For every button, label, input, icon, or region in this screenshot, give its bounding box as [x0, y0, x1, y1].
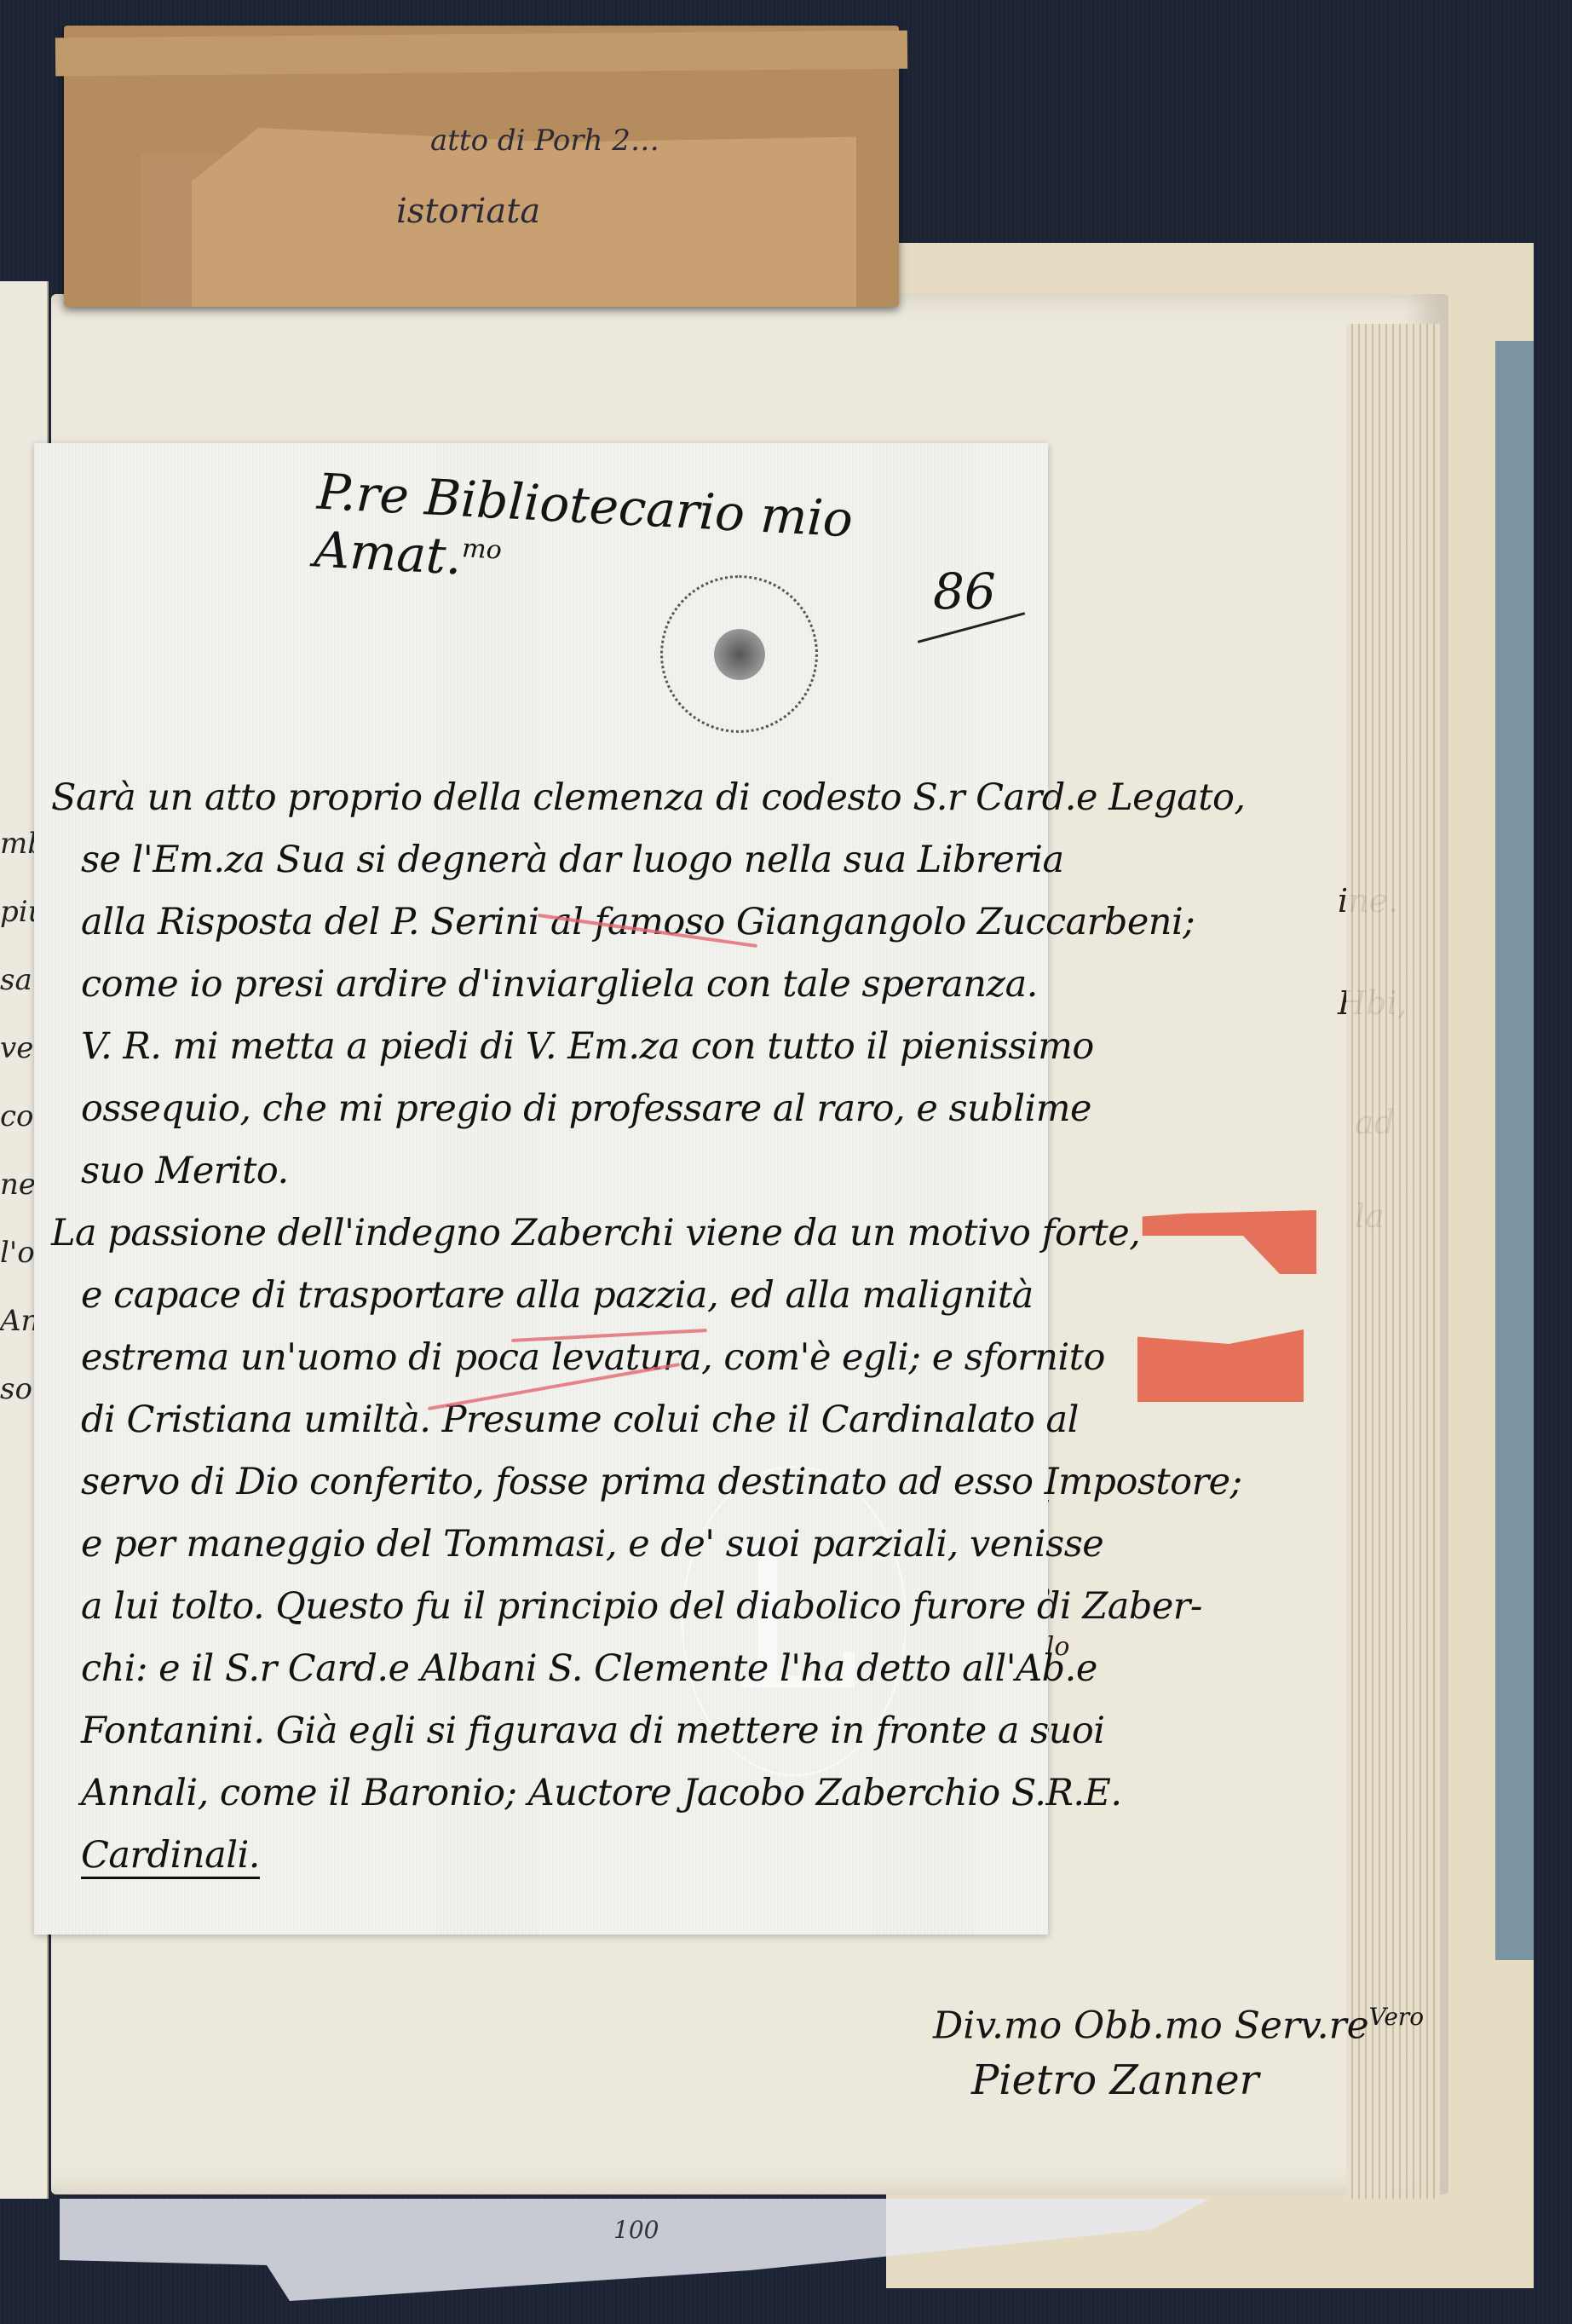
- letter-line: di Cristiana umiltà. Presume colui che i…: [51, 1389, 1031, 1451]
- book-cover-blue-edge: [1495, 341, 1534, 1960]
- letter-line: chi: e il S.r Card.e Albani S. Clemente …: [51, 1638, 1031, 1700]
- envelope-stack: atto di Porh 2… istoriata: [64, 26, 899, 307]
- letter-line-last: Cardinali.: [51, 1825, 1031, 1887]
- letter-line: Annali, come il Baronio; Auctore Jacobo …: [51, 1762, 1031, 1825]
- signature-closing-text: Div.mo Obb.mo Serv.re: [933, 2004, 1369, 2048]
- seal-fragment: [1137, 1329, 1304, 1402]
- letter-line: servo di Dio conferito, fosse prima dest…: [51, 1451, 1031, 1514]
- signature-closing-sup: Vero: [1369, 2003, 1424, 2031]
- envelope-label-main: istoriata: [396, 192, 540, 231]
- letter-line: Sarà un atto proprio della clemenza di c…: [51, 767, 1031, 829]
- signature-closing: Div.mo Obb.mo Serv.reVero: [933, 2003, 1424, 2048]
- letter-line: La passione dell'indegno Zaberchi viene …: [51, 1202, 1031, 1265]
- letter-line: estrema un'uomo di poca levatura, com'è …: [51, 1327, 1031, 1389]
- letter-line: a lui tolto. Questo fu il principio del …: [51, 1576, 1031, 1638]
- salutation-text: P.re Bibliotecario mio Amat.: [313, 463, 855, 586]
- red-wax-seal-remnant: [1133, 1210, 1316, 1406]
- signature-block: Div.mo Obb.mo Serv.reVero Pietro Zanner: [933, 2003, 1424, 2104]
- letter-line: come io presi ardire d'inviargliela con …: [51, 954, 1031, 1016]
- stamp-core: [714, 629, 765, 680]
- page-stack-edge: [1346, 324, 1440, 2199]
- letter-line: Fontanini. Già egli si figurava di mette…: [51, 1700, 1031, 1762]
- letter-line: ossequio, che mi pregio di professare al…: [51, 1078, 1031, 1140]
- bottom-page-number: 100: [613, 2216, 659, 2244]
- underlined-word: Cardinali.: [81, 1834, 260, 1879]
- letter-line: se l'Em.za Sua si degnerà dar luogo nell…: [51, 829, 1031, 891]
- letter-line: V. R. mi metta a piedi di V. Em.za con t…: [51, 1016, 1031, 1078]
- letter-body: Sarà un atto proprio della clemenza di c…: [51, 767, 1031, 1887]
- seal-fragment: [1133, 1210, 1316, 1274]
- salutation-superscript: mo: [461, 533, 502, 565]
- letter-line: e capace di trasportare alla pazzia, ed …: [51, 1265, 1031, 1327]
- letter-line: e per maneggio del Tommasi, e de' suoi p…: [51, 1514, 1031, 1576]
- letter-line: suo Merito.: [51, 1140, 1031, 1202]
- signature-name: Pietro Zanner: [971, 2056, 1424, 2104]
- library-stamp-icon: [660, 575, 818, 733]
- letter-line: alla Risposta del P. Serini al famoso Gi…: [51, 891, 1031, 954]
- folio-number: 86: [933, 562, 996, 620]
- letter-sheet: P.re Bibliotecario mio Amat.mo 86 L Sarà…: [34, 443, 1048, 1935]
- envelope-strip: [55, 31, 907, 77]
- envelope-label: atto di Porh 2…: [430, 124, 659, 158]
